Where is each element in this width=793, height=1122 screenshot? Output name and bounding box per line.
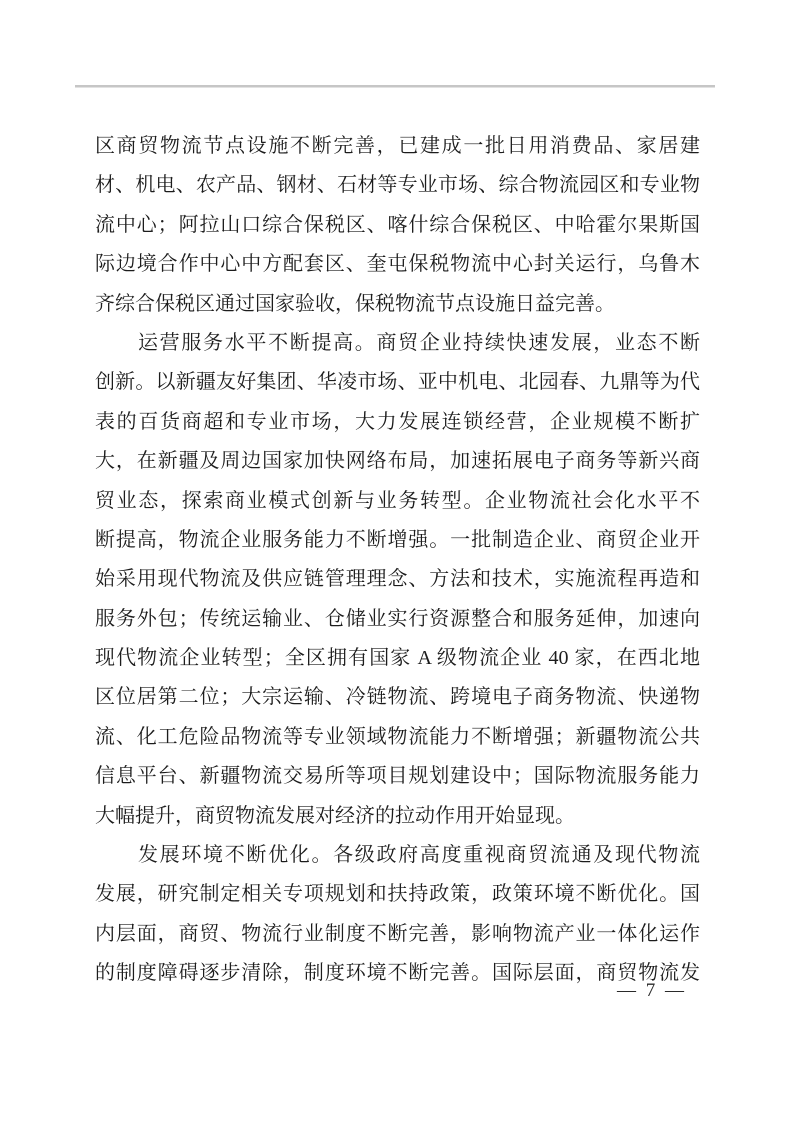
text-line: 齐综合保税区通过国家验收，保税物流节点设施日益完善。	[95, 285, 700, 324]
text-line: 信息平台、新疆物流交易所等项目规划建设中；国际物流服务能力	[95, 757, 700, 796]
text-line: 区商贸物流节点设施不断完善，已建成一批日用消费品、家居建	[95, 127, 700, 166]
document-page: 区商贸物流节点设施不断完善，已建成一批日用消费品、家居建 材、机电、农产品、钢材…	[0, 0, 793, 1122]
text-line: 流、化工危险品物流等专业领域物流能力不断增强；新疆物流公共	[95, 718, 700, 757]
document-body: 区商贸物流节点设施不断完善，已建成一批日用消费品、家居建 材、机电、农产品、钢材…	[95, 127, 700, 994]
text-line: 大幅提升，商贸物流发展对经济的拉动作用开始显现。	[95, 797, 700, 836]
text-line: 表的百货商超和专业市场，大力发展连锁经营，企业规模不断扩	[95, 403, 700, 442]
text-line: 现代物流企业转型；全区拥有国家 A 级物流企业 40 家，在西北地	[95, 639, 700, 678]
text-line: 断提高，物流企业服务能力不断增强。一批制造企业、商贸企业开	[95, 521, 700, 560]
text-line: 区位居第二位；大宗运输、冷链物流、跨境电子商务物流、快递物	[95, 678, 700, 717]
text-line: 创新。以新疆友好集团、华凌市场、亚中机电、北园春、九鼎等为代	[95, 363, 700, 402]
page-number: — 7 —	[95, 978, 700, 1004]
text-line: 大，在新疆及周边国家加快网络布局，加速拓展电子商务等新兴商	[95, 442, 700, 481]
text-line: 服务外包；传统运输业、仓储业实行资源整合和服务延伸，加速向	[95, 600, 700, 639]
text-line: 发展环境不断优化。各级政府高度重视商贸流通及现代物流	[95, 836, 700, 875]
text-line: 运营服务水平不断提高。商贸企业持续快速发展，业态不断	[95, 324, 700, 363]
text-line: 内层面，商贸、物流行业制度不断完善，影响物流产业一体化运作	[95, 915, 700, 954]
text-line: 际边境合作中心中方配套区、奎屯保税物流中心封关运行，乌鲁木	[95, 245, 700, 284]
text-line: 发展，研究制定相关专项规划和扶持政策，政策环境不断优化。国	[95, 875, 700, 914]
text-line: 流中心；阿拉山口综合保税区、喀什综合保税区、中哈霍尔果斯国	[95, 206, 700, 245]
text-line: 材、机电、农产品、钢材、石材等专业市场、综合物流园区和专业物	[95, 166, 700, 205]
header-rule	[75, 85, 715, 88]
text-line: 贸业态，探索商业模式创新与业务转型。企业物流社会化水平不	[95, 482, 700, 521]
text-line: 始采用现代物流及供应链管理理念、方法和技术，实施流程再造和	[95, 560, 700, 599]
